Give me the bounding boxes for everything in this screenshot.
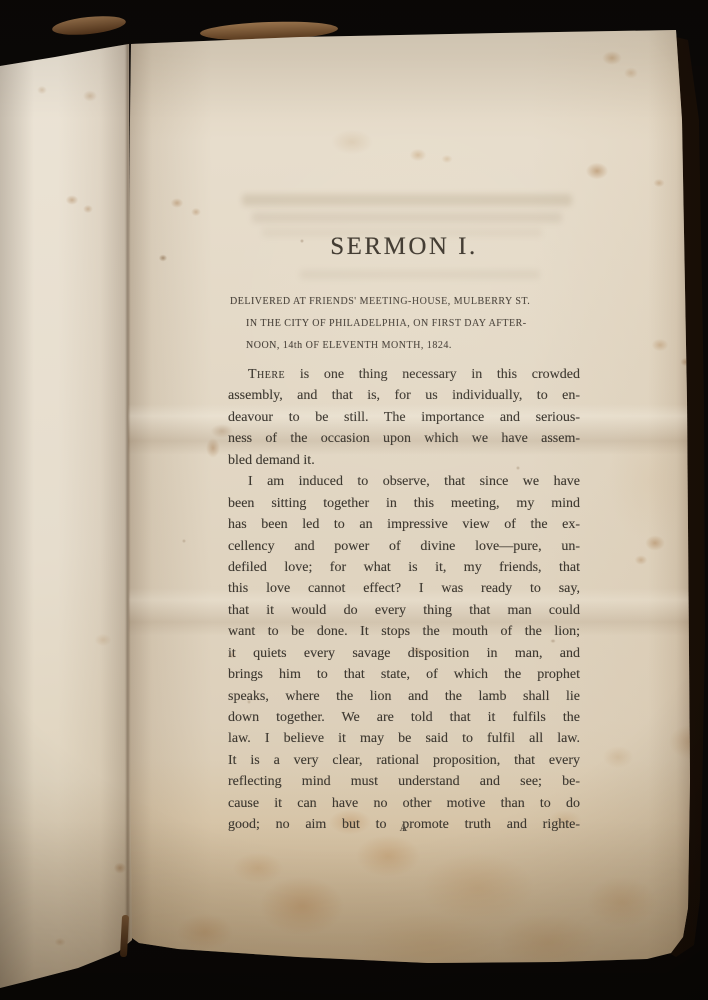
text-line: deavour to be still. The importance and … [228, 407, 580, 428]
text-line: I am induced to observe, that since we h… [228, 471, 580, 492]
sermon-body: There is one thing necessary in this cro… [228, 364, 580, 836]
text-line: ness of the occasion upon which we have … [228, 428, 580, 449]
text-line: down together. We are told that it fulfi… [228, 707, 580, 728]
text-line-rest: is one thing necessary in this crowded [285, 367, 580, 382]
subtitle-line: NOON, 14th OF ELEVENTH MONTH, 1824. [246, 335, 580, 357]
text-line: speaks, where the lion and the lamb shal… [228, 686, 580, 707]
page-curl-top-left [51, 13, 126, 38]
sermon-subtitle: DELIVERED AT FRIENDS' MEETING-HOUSE, MUL… [230, 291, 580, 357]
signature-mark: A [228, 822, 580, 834]
page-curl-bottom [120, 915, 129, 957]
text-line: law. I believe it may be said to fulfil … [228, 728, 580, 749]
text-line: been sitting together in this meeting, m… [228, 493, 580, 514]
subtitle-line: DELIVERED AT FRIENDS' MEETING-HOUSE, MUL… [230, 291, 580, 313]
text-line: assembly, and that is, for us individual… [228, 385, 580, 406]
text-line: There is one thing necessary in this cro… [228, 364, 580, 385]
text-line: cellency and power of divine love—pure, … [228, 536, 580, 557]
text-line: defiled love; for what is it, my friends… [228, 557, 580, 578]
text-line: reflecting mind must understand and see;… [228, 771, 580, 792]
text-line: want to be done. It stops the mouth of t… [228, 621, 580, 642]
text-line: has been led to an impressive view of th… [228, 514, 580, 535]
show-through-text [242, 194, 572, 206]
text-line: brings him to that state, of which the p… [228, 664, 580, 685]
text-line: that it would do every thing that man co… [228, 600, 580, 621]
text-line: it quiets every savage disposition in ma… [228, 643, 580, 664]
book-gutter [125, 44, 130, 942]
show-through-text [252, 212, 562, 223]
book-photo: SERMON I. DELIVERED AT FRIENDS' MEETING-… [0, 0, 708, 1000]
sermon-title: SERMON I. [228, 233, 580, 261]
text-line: this love cannot effect? I was ready to … [228, 578, 580, 599]
text-line: bled demand it. [228, 450, 580, 471]
text-line: cause it can have no other motive than t… [228, 793, 580, 814]
subtitle-line: IN THE CITY OF PHILADELPHIA, ON FIRST DA… [246, 313, 580, 335]
small-caps-word: There [248, 367, 285, 382]
show-through-text [300, 270, 540, 279]
text-line: It is a very clear, rational proposition… [228, 750, 580, 771]
